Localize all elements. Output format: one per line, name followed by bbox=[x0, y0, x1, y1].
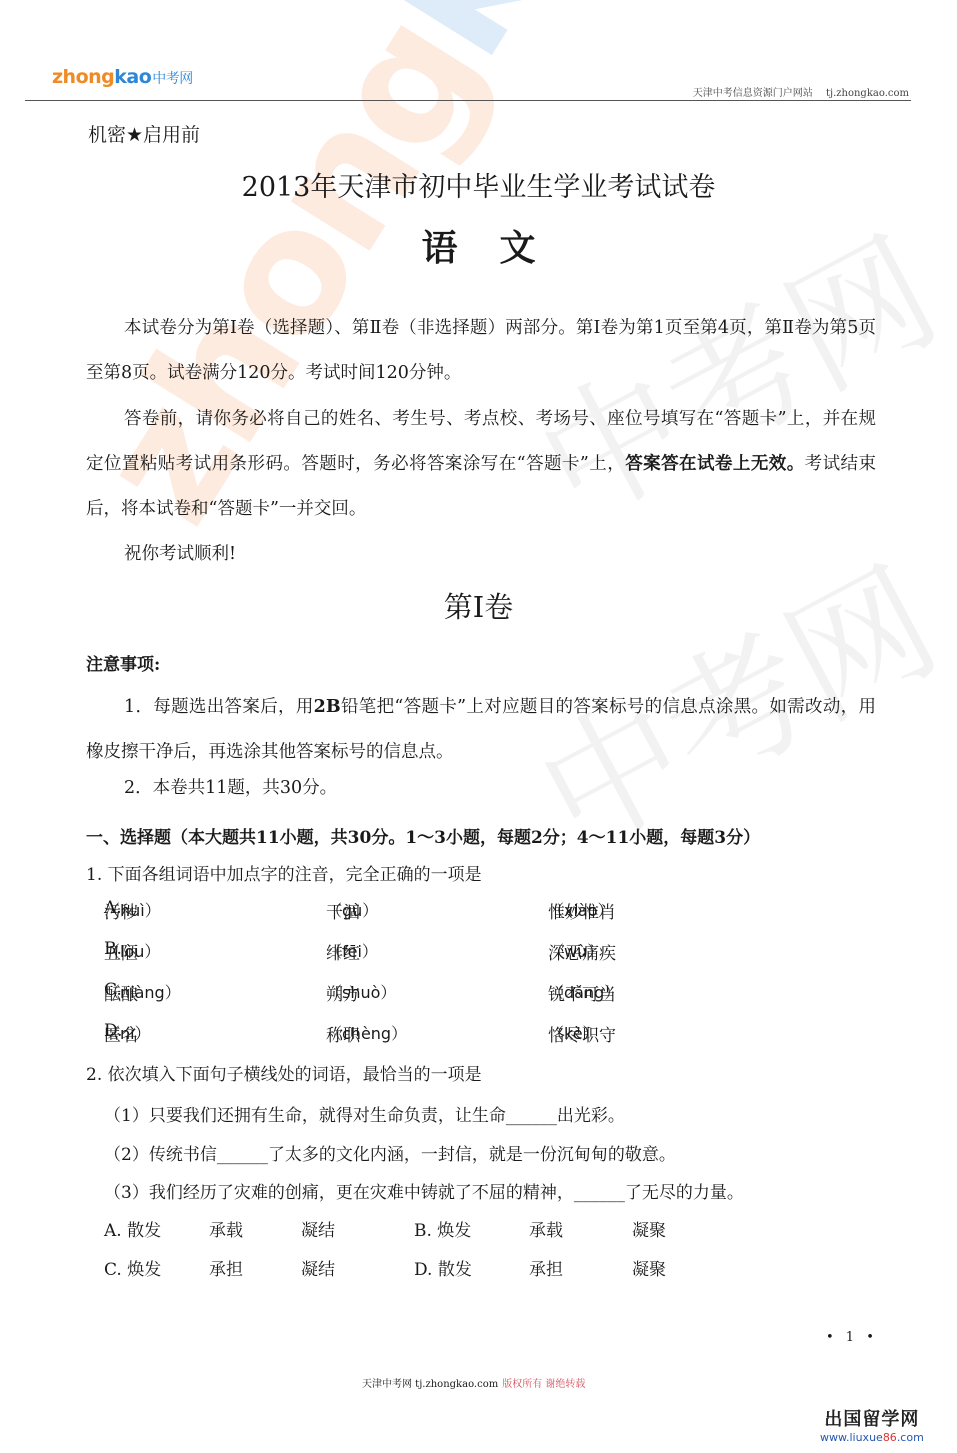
footer-site[interactable]: 天津中考网 tj.zhongkao.com bbox=[362, 1379, 498, 1390]
notice-heading: 注意事项: bbox=[86, 650, 160, 675]
subject-title: 语文 bbox=[0, 220, 957, 271]
badge-url-num: 86 bbox=[883, 1431, 897, 1444]
badge-url-post: .com bbox=[897, 1431, 924, 1444]
option-d[interactable]: D.匿名（nì） 称职（chèng） 恪尽职守（kè） bbox=[104, 1021, 804, 1061]
liuxue86-badge[interactable]: 出国留学网 www.liuxue86.com bbox=[820, 1405, 924, 1444]
option-pinyin: （niàng） bbox=[104, 980, 181, 1003]
answer-c-w2: 承担 bbox=[209, 1255, 243, 1280]
question-2-sentence-2: （2）传统书信______了太多的文化内涵，一封信，就是一份沉甸甸的敬意。 bbox=[104, 1140, 676, 1165]
notice-1: 1．每题选出答案后，用2B铅笔把“答题卡”上对应题目的答案标号的信息点涂黑。如需… bbox=[86, 685, 876, 775]
section-heading: 一、选择题（本大题共11小题，共30分。1～3小题，每题2分；4～11小题，每题… bbox=[86, 818, 760, 858]
header-site-info: 天津中考信息资源门户网站 tj.zhongkao.com bbox=[693, 84, 909, 99]
badge-url-pre: www.liuxue bbox=[820, 1431, 883, 1444]
question-1-stem: 1. 下面各组词语中加点字的注音，完全正确的一项是 bbox=[86, 860, 482, 885]
footer-copyright: 版权所有 谢绝转载 bbox=[502, 1379, 585, 1390]
answer-a-w1: A. 散发 bbox=[104, 1216, 161, 1241]
site-name: 天津中考信息资源门户网站 bbox=[693, 88, 813, 99]
answer-d-w1: D. 散发 bbox=[414, 1255, 472, 1280]
option-pinyin: （lòu） bbox=[104, 939, 160, 962]
badge-url: www.liuxue86.com bbox=[820, 1431, 924, 1444]
question-2-sentence-1: （1）只要我们还拥有生命，就得对生命负责，让生命______出光彩。 bbox=[104, 1101, 625, 1126]
option-a[interactable]: A.污秽（huì） 干涸（gù） 惟妙惟肖（xiào） bbox=[104, 898, 804, 938]
site-url[interactable]: tj.zhongkao.com bbox=[826, 88, 909, 99]
answer-b-w1: B. 焕发 bbox=[414, 1216, 471, 1241]
question-2-stem: 2. 依次填入下面句子横线处的词语，最恰当的一项是 bbox=[86, 1060, 482, 1085]
answer-b-w3: 凝聚 bbox=[632, 1216, 666, 1241]
option-pinyin: （fēi） bbox=[326, 939, 378, 962]
logo-zhong: zhong bbox=[52, 66, 114, 88]
option-pinyin: （wù） bbox=[548, 939, 603, 962]
option-pinyin: （gù） bbox=[326, 898, 378, 921]
answer-a-w3: 凝结 bbox=[301, 1216, 335, 1241]
option-b[interactable]: B.丑陋（lòu） 绯红（fēi） 深恶痛疾（wù） bbox=[104, 939, 804, 979]
confidential-label: 机密★启用前 bbox=[88, 120, 200, 147]
answer-d-w3: 凝聚 bbox=[632, 1255, 666, 1280]
question-2-sentence-3: （3）我们经历了灾难的创痛，更在灾难中铸就了不屈的精神，______了无尽的力量… bbox=[104, 1178, 744, 1203]
intro-paragraph-1: 本试卷分为第Ⅰ卷（选择题）、第Ⅱ卷（非选择题）两部分。第Ⅰ卷为第1页至第4页，第… bbox=[86, 306, 876, 396]
header-divider bbox=[25, 100, 911, 101]
good-luck-text: 祝你考试顺利! bbox=[86, 532, 876, 577]
option-c[interactable]: C.酝酿（niàng） 朔方（shuò） 锐不可当（dǎng） bbox=[104, 980, 804, 1020]
option-pinyin: （kè） bbox=[548, 1021, 599, 1044]
badge-cn: 出国留学网 bbox=[820, 1405, 924, 1431]
exam-title: 2013年天津市初中毕业生学业考试试卷 bbox=[0, 165, 957, 204]
option-pinyin: （xiào） bbox=[548, 898, 614, 921]
zhongkao-logo[interactable]: zhongkao中考网 bbox=[52, 66, 193, 88]
answer-d-w2: 承担 bbox=[529, 1255, 563, 1280]
option-pinyin: （huì） bbox=[104, 898, 161, 921]
option-pinyin: （dǎng） bbox=[548, 980, 620, 1003]
question-2-answers-row-2: C. 焕发 承担 凝结 D. 散发 承担 凝聚 bbox=[104, 1255, 724, 1295]
page-number: • 1 • bbox=[826, 1330, 878, 1345]
footer: 天津中考网 tj.zhongkao.com版权所有 谢绝转载 bbox=[362, 1375, 585, 1390]
answer-c-w1: C. 焕发 bbox=[104, 1255, 161, 1280]
logo-kao: kao bbox=[114, 66, 151, 88]
answer-a-w2: 承载 bbox=[209, 1216, 243, 1241]
intro-paragraph-2: 答卷前，请你务必将自己的姓名、考生号、考点校、考场号、座位号填写在“答题卡”上，… bbox=[86, 397, 876, 532]
notice-1-bold: 2B bbox=[314, 697, 341, 717]
logo-cn: 中考网 bbox=[152, 71, 193, 87]
volume-title: 第Ⅰ卷 bbox=[0, 585, 957, 626]
notice-1-pre: 1．每题选出答案后，用 bbox=[124, 697, 314, 717]
answer-c-w3: 凝结 bbox=[301, 1255, 335, 1280]
answer-b-w2: 承载 bbox=[529, 1216, 563, 1241]
option-pinyin: （shuò） bbox=[326, 980, 396, 1003]
question-2-answers-row-1: A. 散发 承载 凝结 B. 焕发 承载 凝聚 bbox=[104, 1216, 724, 1256]
notice-2: 2．本卷共11题，共30分。 bbox=[86, 766, 876, 811]
option-pinyin: （chèng） bbox=[326, 1021, 407, 1044]
option-pinyin: （nì） bbox=[104, 1021, 151, 1044]
intro-invalid-warning: 答案答在试卷上无效。 bbox=[625, 454, 804, 474]
